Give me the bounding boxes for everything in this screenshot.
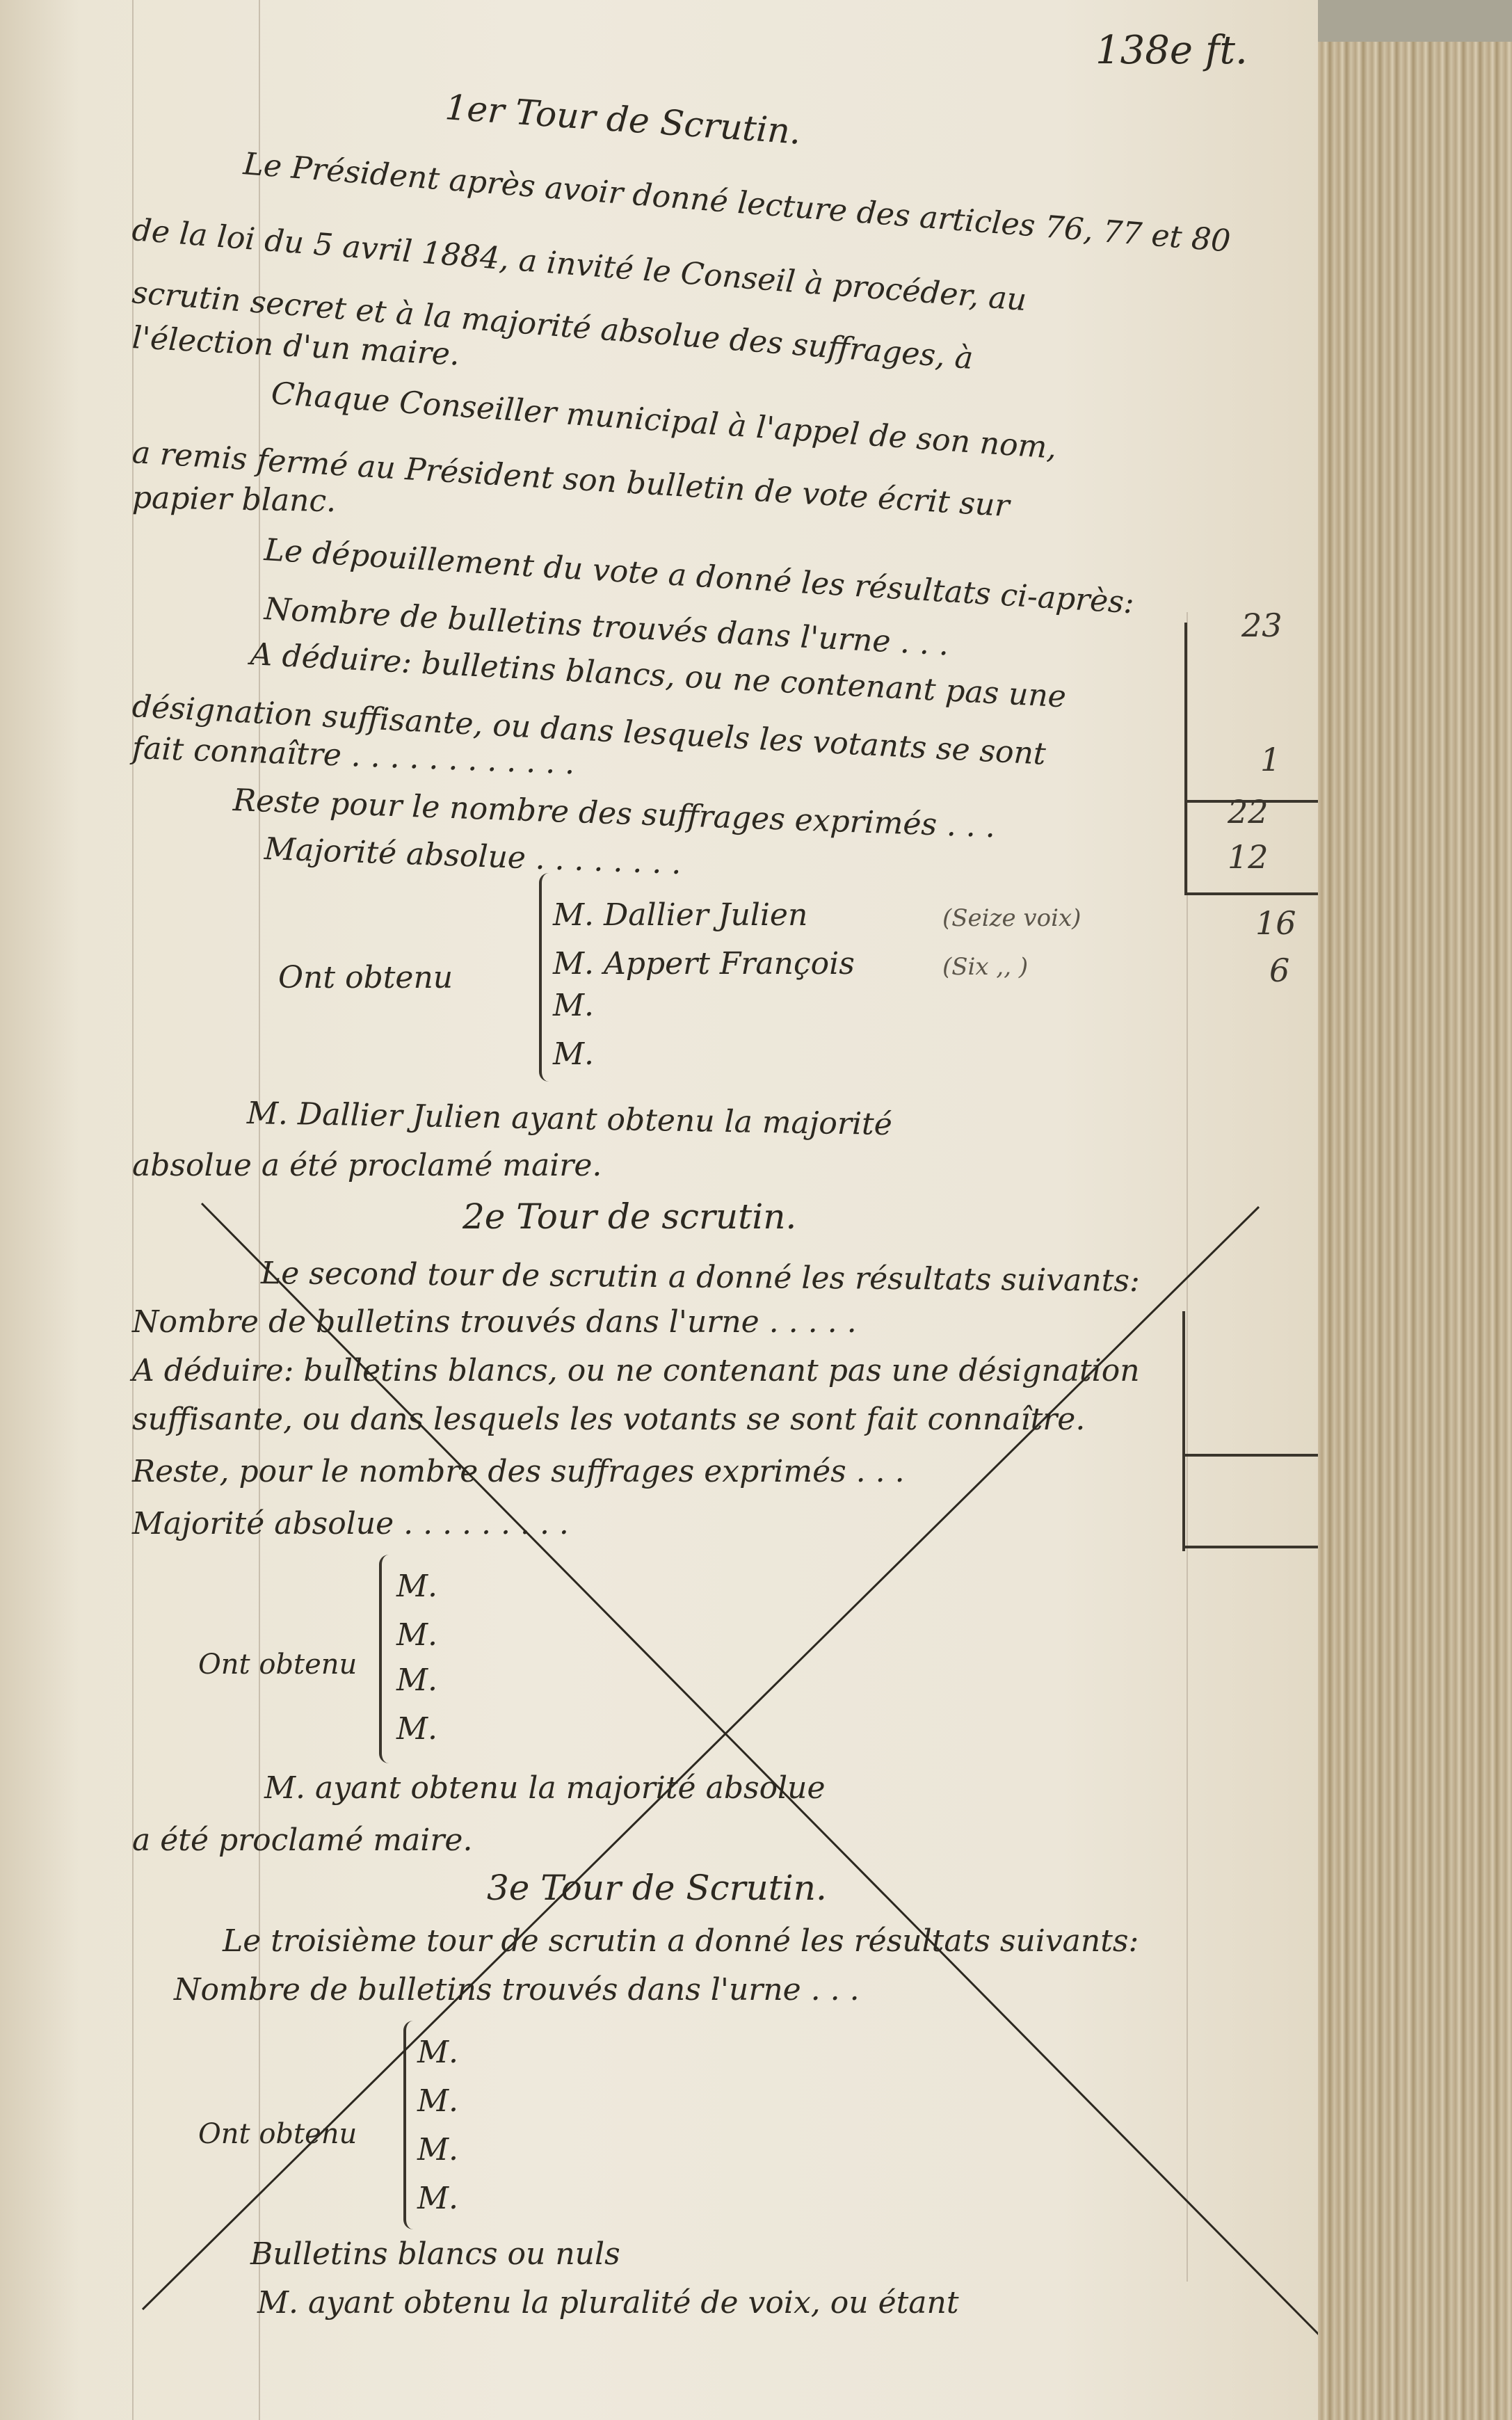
book-page-edges: [1318, 42, 1512, 2420]
register-page: 138e ft. 1er Tour de Scrutin. Le Préside…: [0, 0, 1321, 2420]
strikethrough-cross: [0, 0, 1321, 2420]
